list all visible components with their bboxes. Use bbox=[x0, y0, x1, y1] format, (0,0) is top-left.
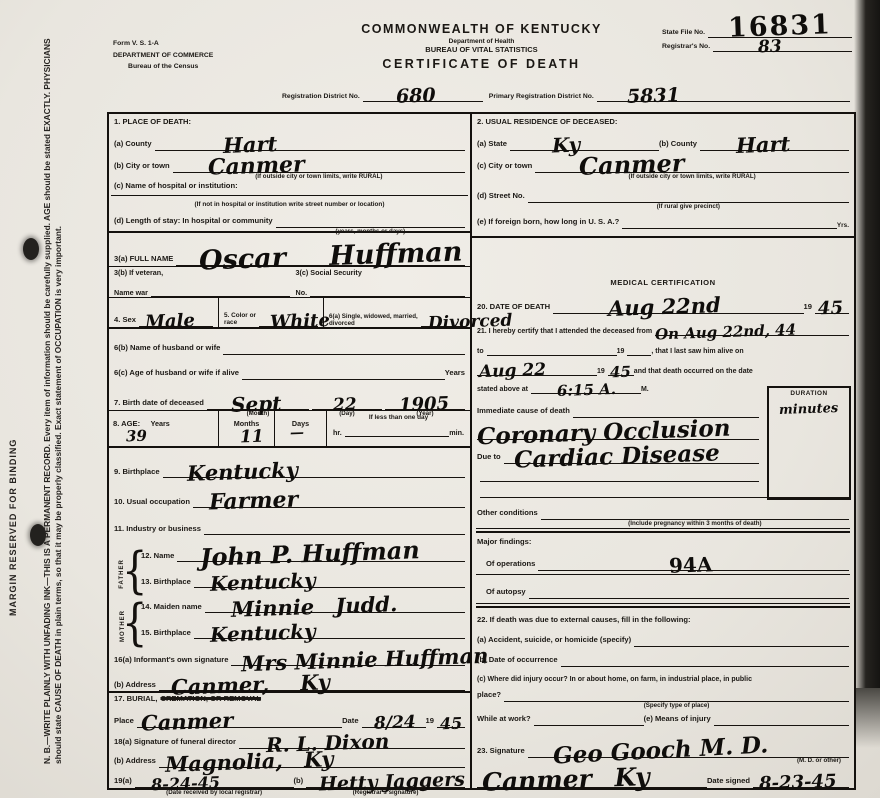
birthdate-row: 7. Birth date of deceased Sept (Month) 2… bbox=[109, 380, 470, 410]
veteran-war-label: Name war bbox=[114, 289, 148, 297]
county-line: Hart bbox=[155, 139, 465, 151]
race-line: White bbox=[259, 315, 318, 327]
external-a-line bbox=[634, 635, 849, 647]
certify-text-4: stated above at bbox=[477, 386, 528, 394]
residence-state-label: (a) State bbox=[477, 140, 507, 151]
received-label: 19(a) bbox=[114, 777, 132, 788]
sex-label: 4. Sex bbox=[114, 316, 136, 327]
autopsy-row: Of autopsy bbox=[472, 575, 854, 599]
physician-signature-row: 23. Signature Geo Gooch M. D. (M. D. or … bbox=[472, 726, 854, 758]
marital-line: Divorced bbox=[421, 315, 465, 327]
date-signed-value: 8-23-45 bbox=[758, 773, 836, 794]
immediate-cause-label: Immediate cause of death bbox=[477, 407, 570, 418]
informant-address-row: (b) Address Canmer, Ky bbox=[109, 666, 470, 693]
father-birthplace-line: Kentucky bbox=[194, 576, 465, 588]
burial-date-line: 8/24 bbox=[362, 716, 426, 728]
major-findings-label: Major findings: bbox=[477, 538, 531, 549]
scan-shadow-fade bbox=[854, 688, 880, 748]
date-signed-line: 8-23-45 bbox=[753, 776, 849, 788]
primary-district-number: 5831 bbox=[627, 86, 681, 107]
operations-label: Of operations bbox=[486, 560, 535, 571]
section-place-of-death: 1. PLACE OF DEATH: (a) County Hart (b) C… bbox=[109, 114, 470, 233]
marital-label-2: divorced bbox=[329, 320, 418, 327]
full-name-row: 3(a) FULL NAME Oscar Huffman bbox=[109, 233, 470, 267]
other-conditions-note: (Include pregnancy within 3 months of de… bbox=[541, 520, 849, 527]
header-left-block: Form V. S. 1-A DEPARTMENT OF COMMERCE Bu… bbox=[113, 38, 213, 73]
date-of-death-label: 20. DATE OF DEATH bbox=[477, 303, 550, 314]
external-c-line: (Specify type of place) bbox=[504, 690, 849, 702]
city-label: (b) City or town bbox=[114, 162, 170, 173]
spouse-age-unit: Years bbox=[445, 369, 465, 380]
header-center-block: COMMONWEALTH OF KENTUCKY Department of H… bbox=[361, 22, 602, 71]
certify-text-2: , that I last saw him alive on bbox=[651, 348, 743, 356]
state-file-line: 16831 bbox=[708, 22, 852, 38]
sex-race-marital-row: 4. Sex Male 5. Color or race White bbox=[109, 298, 470, 329]
certify-row-2: to 19 , that I last saw him alive on bbox=[472, 336, 854, 356]
date-signed-label: Date signed bbox=[707, 777, 750, 788]
received-line: 8-24-45 (Date received by local registra… bbox=[135, 776, 294, 788]
punch-hole bbox=[23, 238, 39, 260]
external-b-label: (b) Date of occurrence bbox=[477, 656, 558, 667]
external-title: 22. If death was due to external causes,… bbox=[477, 616, 691, 627]
director-address-label: (b) Address bbox=[114, 757, 156, 768]
operations-value: 94A bbox=[668, 554, 712, 576]
registration-district-number: 680 bbox=[396, 86, 436, 106]
race-label-2: race bbox=[224, 319, 256, 326]
birth-day-line: 22 (Day) bbox=[312, 398, 382, 410]
residence-title: 2. USUAL RESIDENCE OF DECEASED: bbox=[477, 118, 617, 129]
certify-to-label: to bbox=[477, 348, 484, 356]
race-label-1: 5. Color or bbox=[224, 312, 256, 319]
registration-district-line: 680 bbox=[363, 90, 483, 102]
hospital-label: (c) Name of hospital or institution: bbox=[114, 182, 238, 193]
operations-line: 94A bbox=[538, 559, 849, 571]
occupation-label: 10. Usual occupation bbox=[114, 498, 190, 509]
registrar-sig-note: (Registrar's signature) bbox=[306, 789, 465, 796]
spouse-name-row: 6(b) Name of husband or wife bbox=[109, 329, 470, 355]
age-years-value: 39 bbox=[126, 429, 147, 445]
burial-place-label: Place bbox=[114, 717, 134, 728]
father-birthplace-row: 13. Birthplace Kentucky bbox=[109, 562, 470, 588]
informant-address-label: (b) Address bbox=[114, 681, 156, 692]
date-of-death-row: 20. DATE OF DEATH Aug 22nd 19 45 bbox=[472, 290, 854, 314]
burial-year-line: 45 bbox=[437, 716, 465, 728]
duration-box: DURATION minutes bbox=[767, 386, 851, 500]
means-of-injury-line bbox=[714, 714, 849, 726]
mother-birthplace-row: 15. Birthplace Kentucky bbox=[109, 613, 470, 639]
hr-label: hr. bbox=[333, 429, 342, 437]
foreign-born-line bbox=[622, 217, 837, 229]
place-title: 1. PLACE OF DEATH: bbox=[114, 118, 191, 129]
father-birthplace-label: 13. Birthplace bbox=[141, 578, 191, 589]
mother-birthplace-line: Kentucky bbox=[194, 627, 465, 639]
birth-month-line: Sept (Month) bbox=[207, 398, 309, 410]
department-commerce: DEPARTMENT OF COMMERCE bbox=[113, 50, 213, 62]
ssn-line bbox=[310, 285, 465, 297]
major-findings-row: Major findings: bbox=[472, 535, 854, 549]
age-years-caption: Years bbox=[151, 419, 170, 428]
physician-address-row: Canmer Ky Date signed 8-23-45 bbox=[472, 758, 854, 788]
medical-title: MEDICAL CERTIFICATION bbox=[610, 279, 715, 290]
sex-line: Male bbox=[139, 315, 213, 327]
form-header: Form V. S. 1-A DEPARTMENT OF COMMERCE Bu… bbox=[107, 22, 856, 112]
certify-row-1: 21. I hereby certify that I attended the… bbox=[472, 314, 854, 336]
street-no-line: (If rural give precinct) bbox=[528, 191, 849, 203]
birthplace-row: 9. Birthplace Kentucky bbox=[109, 448, 470, 478]
certify-to-line bbox=[487, 344, 617, 356]
birth-year-line: 1905 (Year) bbox=[385, 398, 465, 410]
hr-line bbox=[345, 425, 449, 437]
autopsy-label: Of autopsy bbox=[486, 588, 526, 599]
dod-year-prefix: 19 bbox=[804, 303, 812, 314]
physician-signature-line: Geo Gooch M. D. (M. D. or other) bbox=[528, 746, 849, 758]
full-name-line: Oscar Huffman bbox=[176, 254, 465, 266]
commonwealth-title: COMMONWEALTH OF KENTUCKY bbox=[361, 22, 602, 36]
residence-medical-spacer bbox=[472, 238, 854, 276]
father-name-row: 12. Name John P. Huffman bbox=[109, 535, 470, 562]
registrar-no-label: Registrar's No. bbox=[662, 43, 710, 52]
industry-row: 11. Industry or business bbox=[109, 508, 470, 535]
duration-value: minutes bbox=[779, 402, 839, 417]
street-no-label: (d) Street No. bbox=[477, 192, 525, 203]
birthplace-label: 9. Birthplace bbox=[114, 468, 160, 479]
section-burial: 17. BURIAL, CREMATION, OR REMOVAL Place … bbox=[109, 693, 470, 788]
cause-line: Coronary Occlusion bbox=[477, 428, 759, 440]
stay-label: (d) Length of stay: In hospital or commu… bbox=[114, 217, 273, 228]
left-column: 1. PLACE OF DEATH: (a) County Hart (b) C… bbox=[109, 114, 472, 788]
state-file-label: State File No. bbox=[662, 29, 705, 38]
registrar-sig-b-label: (b) bbox=[294, 777, 304, 788]
certify-19-b: 19 bbox=[597, 368, 605, 376]
mother-maiden-line: Minnie Judd. bbox=[205, 601, 465, 613]
county-label: (a) County bbox=[114, 140, 152, 151]
primary-district-label: Primary Registration District No. bbox=[489, 93, 594, 102]
registration-district-label: Registration District No. bbox=[282, 93, 360, 102]
last-seen-year-line: 45 bbox=[608, 364, 634, 376]
birthdate-label: 7. Birth date of deceased bbox=[114, 399, 204, 410]
certify-19-line bbox=[627, 344, 651, 356]
burial-date-label: Date bbox=[342, 717, 358, 728]
means-of-injury-label: (e) Means of injury bbox=[644, 715, 711, 726]
external-c2-label: place? bbox=[477, 691, 501, 702]
physician-address-value: Canmer Ky bbox=[481, 764, 649, 795]
burial-title: 17. BURIAL, bbox=[114, 695, 157, 706]
occupation-line: Farmer bbox=[193, 496, 465, 508]
right-column: DURATION minutes 2. USUAL RESIDENCE OF D… bbox=[472, 114, 854, 788]
meridiem-label: M. bbox=[641, 386, 649, 394]
death-time-line: 6:15 A. bbox=[531, 382, 641, 394]
registrar-no-line: 83 bbox=[713, 40, 852, 52]
year-sublabel: (Year) bbox=[385, 410, 465, 417]
date-of-death-line: Aug 22nd bbox=[553, 302, 803, 314]
rule-double-1 bbox=[476, 528, 850, 533]
duration-label: DURATION bbox=[769, 390, 849, 397]
form-body: 1. PLACE OF DEATH: (a) County Hart (b) C… bbox=[107, 112, 856, 790]
burial-place-line: Canmer bbox=[137, 716, 342, 728]
spouse-age-line bbox=[242, 368, 445, 380]
spouse-label: 6(b) Name of husband or wife bbox=[114, 344, 220, 355]
last-seen-line: Aug 22 bbox=[477, 364, 597, 376]
burial-title-struck: CREMATION, OR REMOVAL bbox=[160, 695, 261, 706]
burial-year-prefix: 19 bbox=[426, 717, 434, 728]
mother-maiden-label: 14. Maiden name bbox=[141, 603, 202, 614]
age-days-value: — bbox=[290, 426, 304, 440]
received-note: (Date received by local registrar) bbox=[135, 789, 294, 796]
other-conditions-row: Other conditions (Include pregnancy with… bbox=[472, 498, 854, 520]
physician-address-line: Canmer Ky bbox=[477, 776, 707, 788]
dod-year-line: 45 bbox=[815, 302, 849, 314]
while-at-work-line bbox=[534, 714, 644, 726]
section-external-causes: 22. If death was due to external causes,… bbox=[472, 608, 854, 726]
due-to-label: Due to bbox=[477, 453, 501, 464]
birthplace-line: Kentucky bbox=[163, 466, 465, 478]
margin-binding-text: MARGIN RESERVED FOR BINDING bbox=[8, 224, 18, 616]
primary-district-line: 5831 bbox=[597, 90, 850, 102]
residence-county-line: Hart bbox=[700, 139, 849, 151]
father-name-line: John P. Huffman bbox=[177, 550, 465, 562]
certify-row-3: Aug 22 19 45 and that death occurred on … bbox=[472, 356, 854, 376]
registrar-number: 83 bbox=[757, 39, 781, 57]
certify-from-line: On Aug 22nd, 44 bbox=[655, 324, 849, 336]
hospital-note: (If not in hospital or institution write… bbox=[195, 201, 385, 208]
full-name-label: 3(a) FULL NAME bbox=[114, 255, 173, 266]
director-address-line: Magnolia, Ky bbox=[159, 756, 465, 768]
spouse-age-label: 6(c) Age of husband or wife if alive bbox=[114, 369, 239, 380]
certify-19-a: 19 bbox=[617, 348, 625, 356]
mother-name-row: 14. Maiden name Minnie Judd. bbox=[109, 588, 470, 613]
certify-text-3: and that death occurred on the date bbox=[634, 368, 753, 376]
yrs-label: Yrs. bbox=[837, 222, 849, 229]
age-months-value: 11 bbox=[240, 429, 264, 447]
certificate-title: CERTIFICATE OF DEATH bbox=[361, 57, 602, 71]
scan-shadow-band bbox=[854, 0, 880, 688]
section-residence: 2. USUAL RESIDENCE OF DECEASED: (a) Stat… bbox=[472, 114, 854, 238]
form-number: Form V. S. 1-A bbox=[113, 38, 213, 50]
industry-line bbox=[204, 523, 465, 535]
while-at-work-label: While at work? bbox=[477, 715, 531, 726]
funeral-director-label: 18(a) Signature of funeral director bbox=[114, 738, 236, 749]
other-conditions-line: (Include pregnancy within 3 months of de… bbox=[541, 508, 849, 520]
physician-signature-label: 23. Signature bbox=[477, 747, 525, 758]
spouse-age-row: 6(c) Age of husband or wife if alive Yea… bbox=[109, 355, 470, 380]
bureau-census: Bureau of the Census bbox=[113, 61, 213, 73]
scanned-death-certificate: MARGIN RESERVED FOR BINDING N. B.—WRITE … bbox=[0, 0, 880, 798]
registrar-sig-line: Hetty Jaggers (Registrar's signature) bbox=[306, 776, 465, 788]
due-to-line: Cardiac Disease bbox=[504, 452, 759, 464]
veteran-war-line bbox=[151, 285, 290, 297]
margin-note-text: N. B.—WRITE PLAINLY WITH UNFADING INK—TH… bbox=[42, 22, 65, 764]
informant-address-line: Canmer, Ky bbox=[159, 679, 465, 691]
residence-city-label: (c) City or town bbox=[477, 162, 532, 173]
department-health: Department of Health bbox=[361, 38, 602, 45]
foreign-born-label: (e) If foreign born, how long in U. S. A… bbox=[477, 218, 619, 229]
bureau-vital-statistics: BUREAU OF VITAL STATISTICS bbox=[361, 45, 602, 54]
header-right-block: State File No. 16831 Registrar's No. 83 bbox=[662, 22, 852, 54]
external-a-label: (a) Accident, suicide, or homicide (spec… bbox=[477, 636, 631, 647]
external-b-line bbox=[561, 655, 849, 667]
other-conditions-label: Other conditions bbox=[477, 509, 538, 520]
certify-text-1: 21. I hereby certify that I attended the… bbox=[477, 328, 652, 336]
autopsy-line bbox=[529, 587, 849, 599]
informant-signature-line: Mrs Minnie Huffman bbox=[231, 654, 465, 666]
cause-blank-line-1 bbox=[480, 470, 759, 482]
informant-signature-label: 16(a) Informant's own signature bbox=[114, 656, 228, 667]
mother-birthplace-label: 15. Birthplace bbox=[141, 629, 191, 640]
min-label: min. bbox=[449, 429, 464, 437]
father-name-label: 12. Name bbox=[141, 552, 174, 563]
occupation-row: 10. Usual occupation Farmer bbox=[109, 478, 470, 508]
city-line: Canmer (If outside city or town limits, … bbox=[173, 161, 465, 173]
medical-certification-header: MEDICAL CERTIFICATION bbox=[472, 276, 854, 290]
informant-signature-row: 16(a) Informant's own signature Mrs Minn… bbox=[109, 639, 470, 666]
ssn-no-label: No. bbox=[296, 289, 308, 297]
stay-line: (years, months or days) bbox=[276, 216, 465, 228]
marital-label-1: 6(a) Single, widowed, married, bbox=[329, 313, 418, 320]
industry-label: 11. Industry or business bbox=[114, 525, 201, 536]
district-row: Registration District No. 680 Primary Re… bbox=[282, 90, 850, 102]
residence-city-line: Canmer (If outside city or town limits, … bbox=[535, 161, 849, 173]
external-c-label: (c) Where did injury occur? In or about … bbox=[477, 676, 752, 684]
operations-row: Of operations 94A bbox=[472, 549, 854, 571]
spouse-line bbox=[223, 343, 465, 355]
